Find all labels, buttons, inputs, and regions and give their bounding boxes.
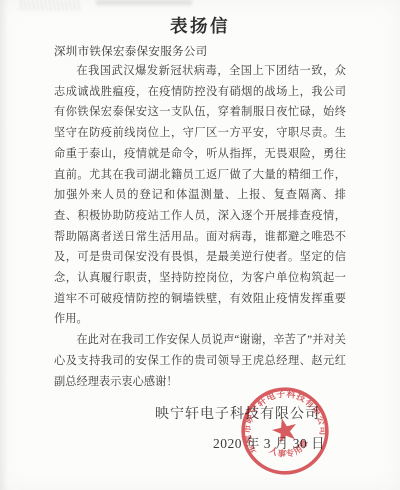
scanned-letter-page: 表扬信 深圳市铁保宏泰保安服务公司 在我国武汉爆发新冠状病毒，全国上下团结一致，…: [0, 0, 400, 490]
body-paragraph: 在我国武汉爆发新冠状病毒，全国上下团结一致，众志成诚战胜瘟疫，在疫情防控没有硝烟…: [54, 61, 346, 330]
letter-body: 在我国武汉爆发新冠状病毒，全国上下团结一致，众志成诚战胜瘟疫，在疫情防控没有硝烟…: [54, 61, 346, 392]
scan-artifact: [18, 0, 80, 11]
signature-company: 映宁轩电子科技有限公司: [155, 403, 323, 423]
page-title: 表扬信: [0, 13, 400, 38]
signature-block: 映宁轩电子科技有限公司 2020 年 3 月 30 日: [155, 403, 323, 452]
body-paragraph: 在此对在我司工作安保人员说声“谢谢，辛苦了”并对关心及支持我司的安保工作的贵司领…: [54, 330, 346, 392]
scan-artifact: [96, 0, 192, 5]
signature-date: 2020 年 3 月 30 日: [213, 432, 323, 452]
recipient-line: 深圳市铁保宏泰保安服务公司: [54, 43, 400, 59]
scan-artifact: [0, 0, 8, 490]
